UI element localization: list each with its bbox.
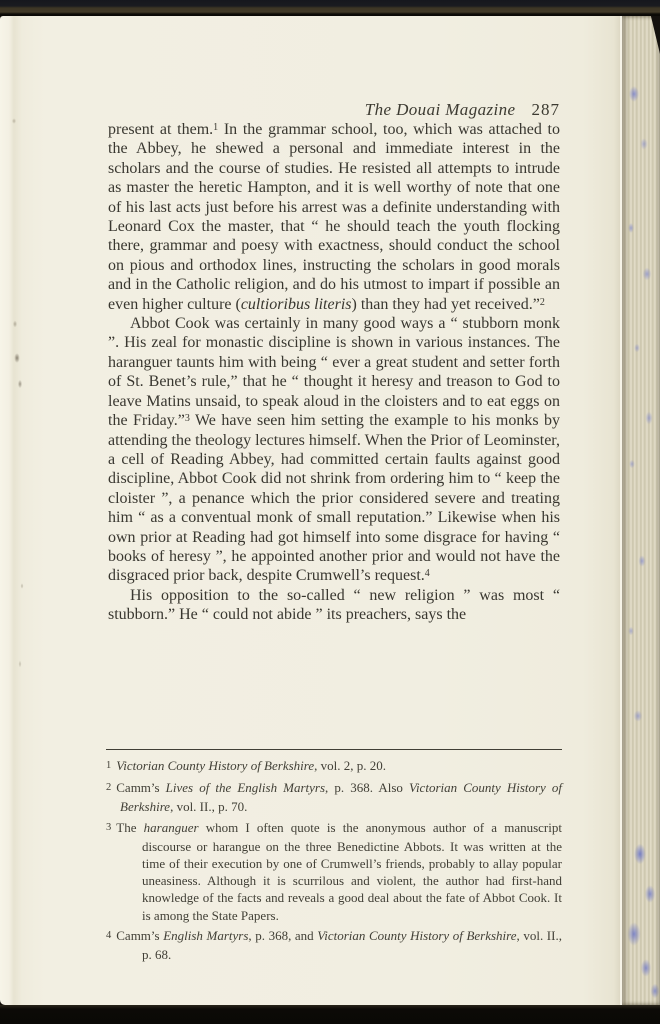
paragraph: present at them.1 In the grammar school,… (108, 120, 560, 314)
text-segment: cultioribus literis (241, 296, 352, 313)
text-segment: Victorian County History of Berkshire (116, 758, 314, 773)
text-segment: whom I often quote is the anonymous auth… (142, 820, 562, 923)
footnote: 2Camm’s Lives of the English Martyrs, p.… (106, 779, 562, 815)
footnote-number: 1 (106, 760, 111, 771)
footnote-list: 1Victorian County History of Berkshire, … (106, 757, 562, 963)
text-segment: Victorian County History of Berkshire (317, 928, 516, 943)
page-stack-fore-edge (620, 16, 660, 1005)
text-segment: English Martyrs (163, 928, 248, 943)
footnote: 4Camm’s English Martyrs, p. 368, and Vic… (106, 927, 562, 963)
magazine-title: The Douai Magazine (365, 100, 516, 120)
running-header: The Douai Magazine 287 (108, 100, 560, 120)
text-segment: , vol. II., p. 70. (170, 799, 247, 814)
text-segment: , vol. 2, p. 20. (314, 758, 386, 773)
footnote-number: 4 (106, 930, 111, 941)
text-segment: Camm’s (116, 780, 165, 795)
body-text: present at them.1 In the grammar school,… (108, 120, 560, 625)
text-segment: His opposition to the so-called “ new re… (108, 587, 560, 623)
text-segment: We have seen him setting the example to … (108, 412, 560, 584)
text-segment: ) than they had yet received.” (352, 296, 540, 313)
footnote-ref: 2 (540, 297, 545, 308)
footnote: 1Victorian County History of Berkshire, … (106, 757, 562, 776)
page-number: 287 (532, 100, 561, 120)
book-page: The Douai Magazine 287 present at them.1… (0, 16, 620, 1005)
footnote-rule (106, 749, 562, 750)
paragraph: Abbot Cook was certainly in many good wa… (108, 314, 560, 586)
text-segment: The (116, 820, 143, 835)
footnote-number: 2 (106, 782, 111, 793)
text-segment: In the grammar school, too, which was at… (108, 121, 560, 313)
text-segment: present at them. (108, 121, 213, 138)
footnote-number: 3 (106, 822, 111, 833)
scanned-book-photo: The Douai Magazine 287 present at them.1… (0, 0, 660, 1024)
footnote: 3The haranguer whom I often quote is the… (106, 819, 562, 924)
book-binding-top-edge (0, 0, 660, 16)
footnote-ref: 4 (425, 568, 430, 579)
text-segment: , p. 368, and (248, 928, 317, 943)
paragraph: His opposition to the so-called “ new re… (108, 586, 560, 625)
text-segment: haranguer (144, 820, 199, 835)
text-segment: Lives of the English Martyrs (166, 780, 325, 795)
text-segment: , p. 368. Also (325, 780, 409, 795)
text-segment: Camm’s (116, 928, 163, 943)
book-binding-bottom-edge (0, 1005, 660, 1024)
footnotes-section: 1Victorian County History of Berkshire, … (106, 749, 562, 966)
